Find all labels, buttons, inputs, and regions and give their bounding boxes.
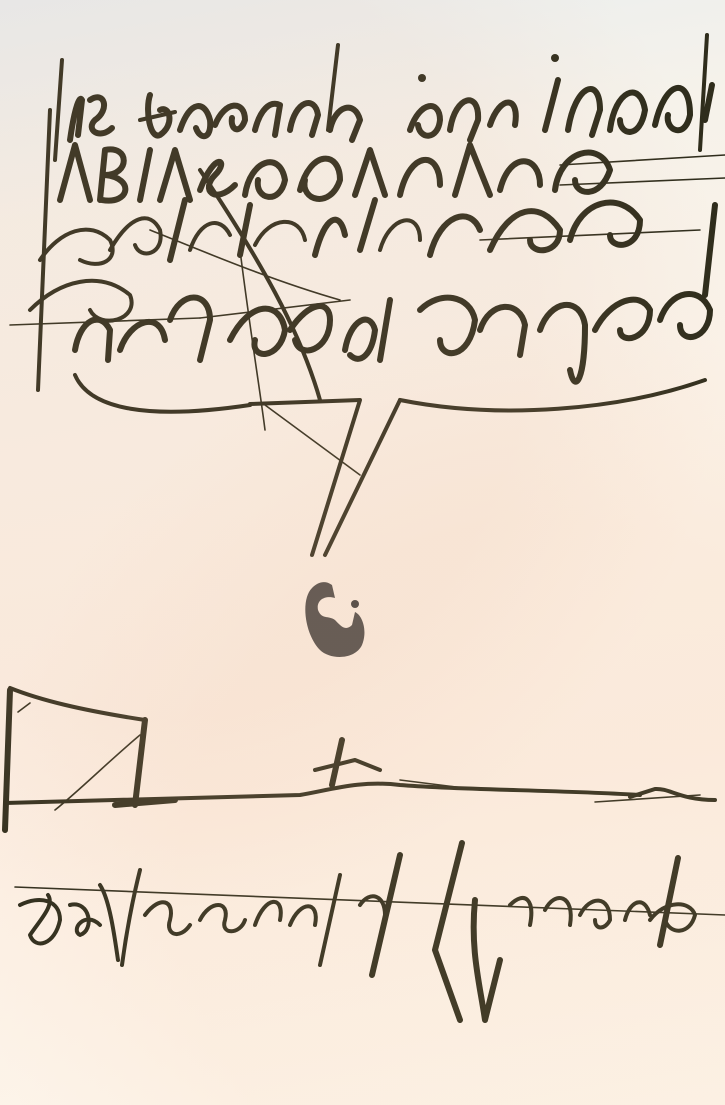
ink-drawing bbox=[0, 0, 725, 1105]
lower-calligraphy-line bbox=[15, 843, 725, 1020]
head-stamp bbox=[305, 582, 364, 657]
speech-bubble-tail bbox=[250, 400, 400, 555]
artwork-page: las especulaciones inaudi de frases del … bbox=[0, 0, 725, 1105]
upper-calligraphy-block bbox=[10, 35, 725, 430]
horizon-line-drawing bbox=[5, 688, 715, 830]
